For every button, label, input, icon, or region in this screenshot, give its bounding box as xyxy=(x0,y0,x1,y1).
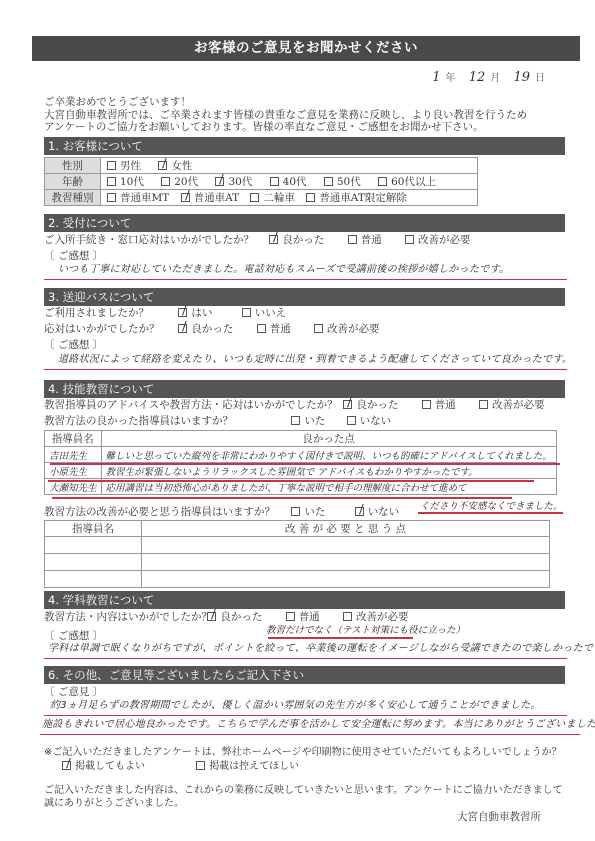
checkbox-icon[interactable] xyxy=(378,177,387,186)
instructor-name[interactable] xyxy=(45,554,142,571)
option-label: 良かった xyxy=(191,323,233,335)
publish-ok-option[interactable]: 掲載してもよい xyxy=(62,760,145,773)
age-30s-option[interactable]: 30代 xyxy=(215,174,252,189)
other-comment-label: 〔 ご意見 〕 xyxy=(44,685,103,699)
instructor-name[interactable]: 吉田先生 xyxy=(45,447,102,463)
checkbox-icon[interactable] xyxy=(107,161,116,170)
driving-improve-option[interactable]: 改善が必要 xyxy=(479,398,545,412)
age-row: 年齢 10代 20代 30代 40代 50代 60代以上 xyxy=(45,174,478,190)
course-mt-option[interactable]: 普通車MT xyxy=(107,190,169,205)
checked-checkbox-icon[interactable] xyxy=(62,761,71,770)
checkbox-icon[interactable] xyxy=(324,177,333,186)
checked-checkbox-icon[interactable] xyxy=(178,324,187,333)
reception-improve-option[interactable]: 改善が必要 xyxy=(405,233,471,247)
option-label: いない xyxy=(360,415,392,427)
option-label: 改善が必要 xyxy=(418,234,471,246)
bus-service-row: 応対はいかがでしたか？ 良かった 普通 改善が必要 xyxy=(44,322,394,336)
option-label: 掲載してもよい xyxy=(75,761,145,772)
age-60s-option[interactable]: 60代以上 xyxy=(378,174,436,189)
closing-line: ご記入いただきました内容は、これからの業務に反映していきたいと思います。アンケー… xyxy=(44,784,563,797)
option-label: 改善が必要 xyxy=(492,399,545,411)
instructor-comment-continued[interactable]: くださり不安感なくできました。 xyxy=(420,498,563,512)
improve-instructor-no-option[interactable]: いない xyxy=(355,505,400,519)
checkbox-icon[interactable] xyxy=(479,400,488,409)
intro-line: アンケートのご協力をお願いしております。皆様の率直なご意見・ご感想をお聞かせ下さ… xyxy=(44,121,527,134)
table-row xyxy=(45,571,550,588)
checked-checkbox-icon[interactable] xyxy=(158,161,167,170)
other-comment-line-1[interactable]: 約3ヵ月足らずの教習期間でしたが、優しく温かい雰囲気の先生方が多く安心して通うこ… xyxy=(44,698,567,716)
checked-checkbox-icon[interactable] xyxy=(207,612,216,621)
table-row: 小原先生 教習生が緊張しないようリラックスした雰囲気で アドバイスもわかりやすか… xyxy=(45,463,557,479)
date-year-value[interactable]: 1 xyxy=(432,70,440,85)
option-label: はい xyxy=(191,307,212,319)
option-label: いた xyxy=(304,415,325,427)
section-header-customer: 1. お客様について xyxy=(44,137,565,155)
age-label: 年齢 xyxy=(45,174,101,190)
column-header-good-points: 良かった点 xyxy=(101,431,556,447)
publish-decline-option[interactable]: 掲載は控えてほしい xyxy=(196,760,299,773)
intro-line: ご卒業おめでとうございます！ xyxy=(44,96,527,109)
instructor-name[interactable]: 小原先生 xyxy=(45,463,102,479)
signature: 大宮自動車教習所 xyxy=(457,811,541,824)
option-label: 普通車AT限定解除 xyxy=(319,192,407,204)
column-header-instructor: 指導員名 xyxy=(45,431,102,447)
gender-female-option[interactable]: 女性 xyxy=(158,158,192,173)
bus-normal-option[interactable]: 普通 xyxy=(257,322,291,336)
option-label: 10代 xyxy=(120,176,144,188)
publish-consent-question: ※ご記入いただきましたアンケートは、弊社ホームページや印刷物に使用させていただい… xyxy=(44,746,562,759)
option-label: 良かった xyxy=(220,611,262,623)
closing-line: 誠にありがとうございました。 xyxy=(44,797,563,810)
section-header-classroom-lessons: 4. 学科教習について xyxy=(44,591,565,609)
checkbox-icon[interactable] xyxy=(196,761,205,770)
table-row xyxy=(45,537,550,554)
age-10s-option[interactable]: 10代 xyxy=(107,174,144,189)
driving-advice-question: 教習指導員のアドバイスや教習方法・応対はいかがでしたか？ xyxy=(44,398,340,412)
red-underline xyxy=(418,512,563,514)
option-label: 30代 xyxy=(228,176,252,188)
good-instructor-row: 教習方法の良かった指導員はいますか？ いた いない xyxy=(44,414,405,428)
intro-line: 大宮自動車教習所では、ご卒業されます皆様の貴重なご意見を業務に反映し、より良い教… xyxy=(44,109,527,122)
date-year-label: 年 xyxy=(446,73,456,84)
checked-checkbox-icon[interactable] xyxy=(269,235,278,244)
reception-comment-label: 〔 ご感想 〕 xyxy=(44,249,103,263)
good-instructor-question: 教習方法の良かった指導員はいますか？ xyxy=(44,414,288,428)
date: 1年 12月 19日 xyxy=(422,69,545,85)
course-motorcycle-option[interactable]: 二輪車 xyxy=(250,190,295,205)
option-label: 60代以上 xyxy=(391,176,436,188)
page-title: お客様のご意見をお聞かせください xyxy=(32,36,580,61)
good-instructor-no-option[interactable]: いない xyxy=(347,414,392,428)
reception-question-row: ご入所手続き・窓口応対はいかがでしたか？ 良かった 普通 改善が必要 xyxy=(44,233,485,247)
age-50s-option[interactable]: 50代 xyxy=(324,174,361,189)
bus-usage-question: ご利用されましたか？ xyxy=(44,306,175,320)
checkbox-icon[interactable] xyxy=(161,177,170,186)
option-label: 40代 xyxy=(283,176,307,188)
table-row xyxy=(45,554,550,571)
bus-improve-option[interactable]: 改善が必要 xyxy=(314,322,380,336)
course-at-option[interactable]: 普通車AT xyxy=(181,190,240,205)
table-header-row: 指導員名 良かった点 xyxy=(45,431,557,447)
table-header-row: 指導員名 改 善 が 必 要 と 思 う 点 xyxy=(45,521,550,537)
option-label: 改善が必要 xyxy=(327,323,380,335)
option-label: 普通 xyxy=(435,399,456,411)
bus-good-option[interactable]: 良かった xyxy=(178,322,233,336)
option-label: 普通 xyxy=(361,234,382,246)
bus-service-question: 応対はいかがでしたか？ xyxy=(44,322,175,336)
option-label: 50代 xyxy=(337,176,361,188)
checkbox-icon[interactable] xyxy=(306,193,315,202)
course-type-row: 教習種別 普通車MT 普通車AT 二輪車 普通車AT限定解除 xyxy=(45,190,478,206)
bus-yes-option[interactable]: はい xyxy=(178,306,212,320)
reception-comment[interactable]: いつも丁寧に対応していただきました。電話対応もスムーズで受講前後の挨拶が嬉しかっ… xyxy=(44,262,567,280)
red-underline xyxy=(50,463,560,465)
reception-normal-option[interactable]: 普通 xyxy=(348,233,382,247)
checkbox-icon[interactable] xyxy=(107,193,116,202)
classroom-comment-note[interactable]: 教習だけでなく（テスト対策にも役に立った） xyxy=(266,622,465,636)
instructor-name[interactable] xyxy=(45,537,142,554)
classroom-good-option[interactable]: 良かった xyxy=(207,610,262,624)
driving-normal-option[interactable]: 普通 xyxy=(422,398,456,412)
bus-no-option[interactable]: いいえ xyxy=(242,306,287,320)
checkbox-icon[interactable] xyxy=(286,612,295,621)
option-label: いいえ xyxy=(255,307,287,319)
instructor-comment[interactable] xyxy=(142,571,550,588)
checked-checkbox-icon[interactable] xyxy=(355,507,364,516)
improve-instructor-yes-option[interactable]: いた xyxy=(291,505,325,519)
course-type-label: 教習種別 xyxy=(45,190,101,206)
checkbox-icon[interactable] xyxy=(270,177,279,186)
checkbox-icon[interactable] xyxy=(242,308,251,317)
checkbox-icon[interactable] xyxy=(291,416,300,425)
option-label: いない xyxy=(368,506,400,518)
checked-checkbox-icon[interactable] xyxy=(181,193,190,202)
age-options: 10代 20代 30代 40代 50代 60代以上 xyxy=(101,174,478,190)
other-comment-line-2[interactable]: 施設もきれいで居心地良かったです。こちらで学んだ事を活かして安全運転に努めます。… xyxy=(40,717,580,735)
checkbox-icon[interactable] xyxy=(257,324,266,333)
driving-advice-row: 教習指導員のアドバイスや教習方法・応対はいかがでしたか？ 良かった 普通 改善が… xyxy=(44,398,559,412)
gender-label: 性別 xyxy=(45,158,101,174)
date-month-value[interactable]: 12 xyxy=(469,70,486,85)
instructor-comment[interactable] xyxy=(142,554,550,571)
gender-options: 男性 女性 xyxy=(101,158,478,174)
closing-text: ご記入いただきました内容は、これからの業務に反映していきたいと思います。アンケー… xyxy=(44,784,563,810)
gender-row: 性別 男性 女性 xyxy=(45,158,478,174)
section-header-shuttle-bus: 3. 送迎バスについて xyxy=(44,288,565,306)
checkbox-icon[interactable] xyxy=(405,235,414,244)
improve-instructor-question: 教習方法の改善が必要と思う指導員はいますか？ xyxy=(44,505,288,519)
gender-male-option[interactable]: 男性 xyxy=(107,158,141,173)
checked-checkbox-icon[interactable] xyxy=(178,308,187,317)
checked-checkbox-icon[interactable] xyxy=(343,400,352,409)
red-underline xyxy=(48,480,534,482)
date-day-value[interactable]: 19 xyxy=(513,70,530,85)
customer-info-table: 性別 男性 女性 年齢 10代 20代 30代 40代 50代 60代以上 教習… xyxy=(44,157,478,206)
section-header-other-opinions: 6. その他、ご意見等ございましたらご記入下さい xyxy=(44,666,565,684)
course-at-limit-removal-option[interactable]: 普通車AT限定解除 xyxy=(306,190,407,205)
checkbox-icon[interactable] xyxy=(422,400,431,409)
option-label: 男性 xyxy=(120,160,141,172)
classroom-question: 教習方法・内容はいかがでしたか？ xyxy=(44,610,204,624)
section-header-reception: 2. 受付について xyxy=(44,214,565,232)
option-label: 良かった xyxy=(356,399,398,411)
option-label: 普通車MT xyxy=(120,192,169,204)
checkbox-icon[interactable] xyxy=(348,235,357,244)
checkbox-icon[interactable] xyxy=(314,324,323,333)
age-20s-option[interactable]: 20代 xyxy=(161,174,198,189)
course-type-options: 普通車MT 普通車AT 二輪車 普通車AT限定解除 xyxy=(101,190,478,206)
table-row: 吉田先生 難しいと思っていた縦列を非常にわかりやすく図付きで説明、いつも的確にア… xyxy=(45,447,557,463)
instructor-comment[interactable]: 難しいと思っていた縦列を非常にわかりやすく図付きで説明、いつも的確にアドバイスし… xyxy=(101,447,556,463)
improve-instructor-table: 指導員名 改 善 が 必 要 と 思 う 点 xyxy=(44,520,550,588)
classroom-comment[interactable]: 学科は単調で眠くなりがちですが、ポイントを絞って、卒業後の運転をイメージしながら… xyxy=(44,641,567,659)
option-label: 二輪車 xyxy=(263,192,295,204)
checkbox-icon[interactable] xyxy=(107,177,116,186)
column-header-improve-points: 改 善 が 必 要 と 思 う 点 xyxy=(142,521,550,537)
reception-good-option[interactable]: 良かった xyxy=(269,233,324,247)
option-label: 普通車AT xyxy=(194,192,240,204)
bus-usage-row: ご利用されましたか？ はい いいえ xyxy=(44,306,300,320)
option-label: 20代 xyxy=(174,176,198,188)
option-label: 掲載は控えてほしい xyxy=(209,761,299,772)
improve-instructor-row: 教習方法の改善が必要と思う指導員はいますか？ いた いない xyxy=(44,505,413,519)
good-instructor-yes-option[interactable]: いた xyxy=(291,414,325,428)
section-header-driving-lessons: 4. 技能教習について xyxy=(44,380,565,398)
column-header-instructor: 指導員名 xyxy=(45,521,142,537)
checked-checkbox-icon[interactable] xyxy=(215,177,224,186)
option-label: いた xyxy=(304,506,325,518)
date-month-label: 月 xyxy=(490,73,500,84)
intro-text: ご卒業おめでとうございます！ 大宮自動車教習所では、ご卒業されます皆様の貴重なご… xyxy=(44,96,527,134)
bus-comment-label: 〔 ご感想 〕 xyxy=(44,338,103,352)
checkbox-icon[interactable] xyxy=(343,612,352,621)
bus-comment[interactable]: 道路状況によって経路を変えたり、いつも定時に出発・到着できるよう配慮してくださっ… xyxy=(44,352,567,370)
option-label: 女性 xyxy=(171,160,192,172)
red-underline xyxy=(268,637,413,639)
reception-question: ご入所手続き・窓口応対はいかがでしたか？ xyxy=(44,233,266,247)
instructor-comment[interactable]: 教習生が緊張しないようリラックスした雰囲気で アドバイスもわかりやすかったです。 xyxy=(101,463,556,479)
date-day-label: 日 xyxy=(535,73,545,84)
checkbox-icon[interactable] xyxy=(250,193,259,202)
instructor-comment[interactable] xyxy=(142,537,550,554)
age-40s-option[interactable]: 40代 xyxy=(270,174,307,189)
option-label: 普通 xyxy=(270,323,291,335)
instructor-name[interactable] xyxy=(45,571,142,588)
publish-consent-options: 掲載してもよい 掲載は控えてほしい xyxy=(62,760,313,773)
driving-good-option[interactable]: 良かった xyxy=(343,398,398,412)
checkbox-icon[interactable] xyxy=(347,416,356,425)
option-label: 良かった xyxy=(282,234,324,246)
checkbox-icon[interactable] xyxy=(291,507,300,516)
